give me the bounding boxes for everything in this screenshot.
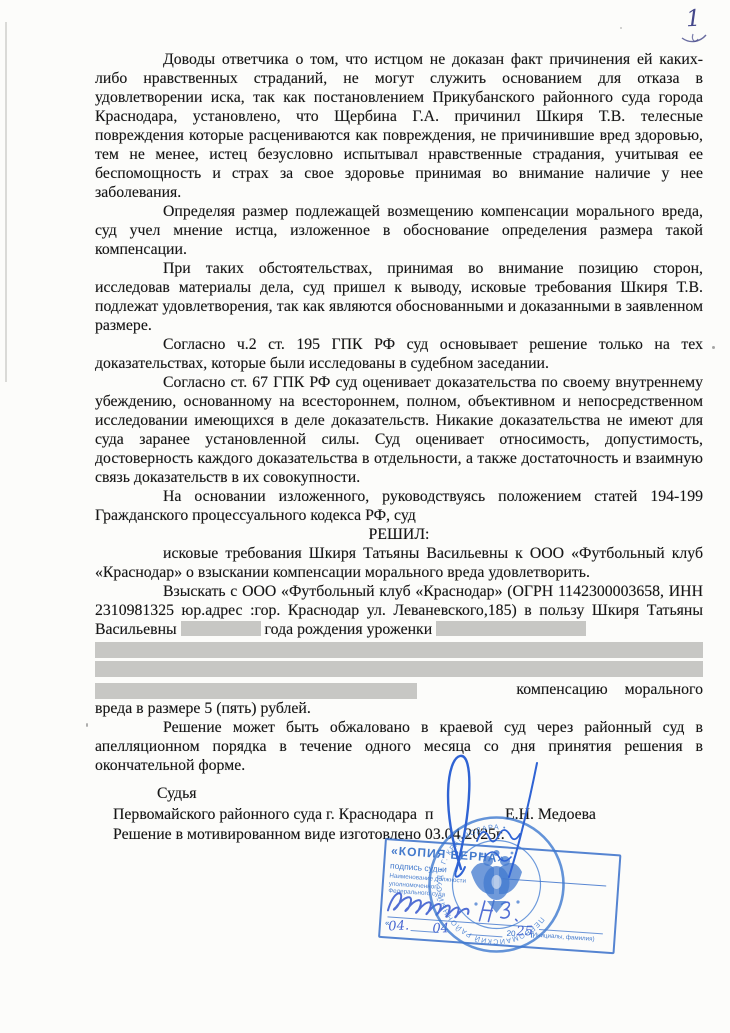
scan-edge-artifact — [5, 22, 7, 382]
paragraph-collect-order: Взыскать с ООО «Футбольный клуб «Краснод… — [95, 582, 703, 639]
redaction-split-line: компенсацию морального — [95, 680, 703, 699]
paragraph-basis: На основании изложенного, руководствуясь… — [95, 487, 703, 525]
paragraph-compensation-size: Определяя размер подлежащей возмещению к… — [95, 202, 703, 259]
paragraph-appeal: Решение может быть обжаловано в краевой … — [95, 718, 703, 775]
scanned-court-decision-page: 1 Доводы ответчика о том, что истцом не … — [0, 0, 730, 1033]
paragraph-claims-satisfied: исковые требования Шкиря Татьяны Василье… — [95, 544, 703, 582]
signature-block: Судья Первомайского районного суда г. Кр… — [95, 784, 703, 846]
redaction-bar-birthdate — [181, 621, 261, 636]
paragraph-circumstances: При таких обстоятельствах, принимая во в… — [95, 259, 703, 335]
page-number-underline-stroke — [676, 8, 720, 50]
redaction-bar-full-line — [95, 642, 703, 658]
scan-speck — [86, 723, 88, 727]
compensation-text: компенсацию морального — [516, 680, 703, 699]
judge-handwritten-signature — [425, 745, 575, 885]
birth-text: года рождения уроженки — [265, 621, 433, 638]
document-body: Доводы ответчика о том, что истцом не до… — [95, 50, 703, 846]
handwritten-day: 04. — [388, 918, 409, 934]
paragraph-gpk-67: Согласно ст. 67 ГПК РФ суд оценивает док… — [95, 373, 703, 487]
redaction-bar-birthplace — [436, 621, 586, 636]
paragraph-gpk-195: Согласно ч.2 ст. 195 ГПК РФ суд основыва… — [95, 335, 703, 373]
judge-signature-line: Первомайского районного суда г. Краснода… — [95, 805, 703, 824]
resolution-heading: РЕШИЛ: — [95, 525, 703, 544]
court-name: Первомайского районного суда г. Краснода… — [113, 805, 417, 824]
scan-speck — [620, 27, 622, 29]
redaction-bar-full-line — [95, 661, 703, 677]
redaction-bar-partial-line — [95, 683, 417, 699]
paragraph-defendant-arguments: Доводы ответчика о том, что истцом не до… — [95, 50, 703, 202]
compensation-amount-text: вреда в размере 5 (пять) рублей. — [95, 699, 703, 718]
scan-speck — [712, 346, 715, 349]
handwritten-page-number: 1 — [676, 8, 720, 50]
